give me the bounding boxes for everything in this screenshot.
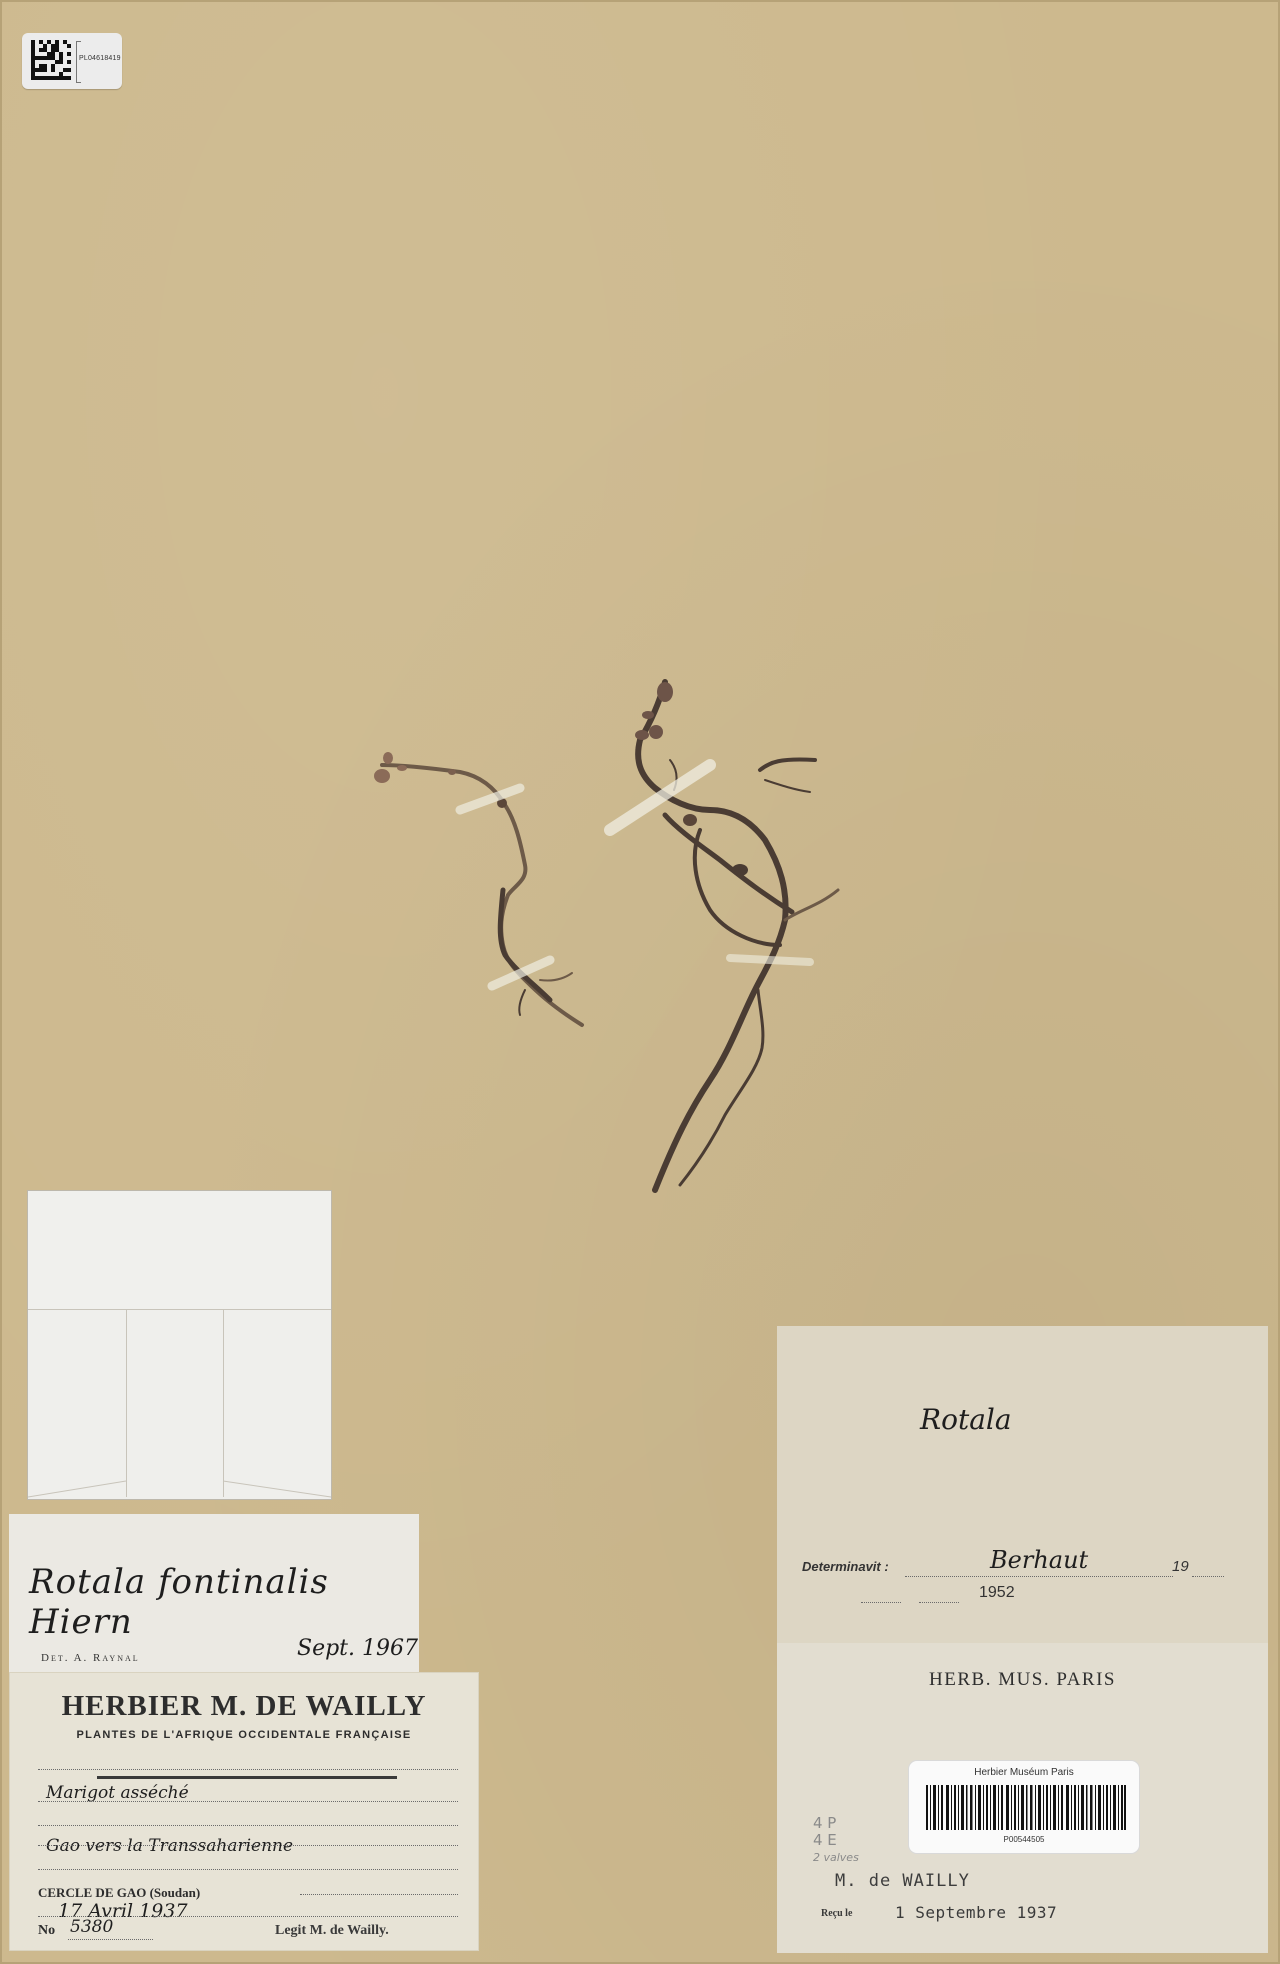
- envelope-icon: [28, 1471, 331, 1499]
- herbarium-title: HERBIER M. DE WAILLY: [10, 1690, 478, 1723]
- pressed-plant-icon: [360, 670, 860, 1270]
- pencil-note: 2 valves: [813, 1849, 859, 1866]
- qr-code-text: PL04618419: [79, 55, 121, 62]
- envelope-fold-right: [223, 1309, 224, 1497]
- herbarium-sheet: PL04618419: [0, 0, 1280, 1964]
- barcode-number: P00544505: [909, 1835, 1139, 1844]
- rule-line: [38, 1825, 458, 1826]
- determinavit-label: Determinavit :: [802, 1559, 889, 1574]
- qr-bracket: [76, 41, 81, 83]
- collector-name: Legit M. de Wailly.: [275, 1923, 389, 1939]
- received-label: Reçu le: [821, 1908, 852, 1919]
- determiner-name: Berhaut: [990, 1546, 1088, 1574]
- taxon-name: Rotala fontinalis Hiern: [29, 1562, 419, 1642]
- museum-label: HERB. MUS. PARIS Herbier Muséum Paris: [777, 1643, 1268, 1953]
- rule-line: [38, 1801, 458, 1802]
- rule-line: [905, 1576, 1173, 1577]
- rule-line: [300, 1894, 458, 1895]
- genus-label: Rotala Determinavit : Berhaut 19 1952: [777, 1326, 1268, 1644]
- received-date: 1 Septembre 1937: [895, 1903, 1057, 1922]
- number-label: No: [38, 1923, 55, 1939]
- determination-year: 1952: [979, 1584, 1015, 1602]
- barcode-icon: [926, 1785, 1126, 1830]
- pencil-note: 4 P: [813, 1815, 859, 1832]
- barcode-title: Herbier Muséum Paris: [909, 1767, 1139, 1778]
- determiner: Det. A. Raynal: [41, 1652, 140, 1664]
- collector-stamp: M. de WAILLY: [835, 1871, 970, 1891]
- rule-line: [38, 1845, 458, 1846]
- pencil-note: 4 E: [813, 1832, 859, 1849]
- determination-date: Sept. 1967: [297, 1636, 418, 1661]
- collector-label: HERBIER M. DE WAILLY PLANTES DE L'AFRIQU…: [10, 1673, 478, 1950]
- habitat: Marigot asséché: [46, 1783, 189, 1803]
- specimen-envelope[interactable]: [27, 1190, 332, 1500]
- pencil-notes: 4 P 4 E 2 valves: [813, 1815, 859, 1866]
- rule-line: [68, 1939, 153, 1940]
- rule-line: [861, 1602, 901, 1603]
- genus-name: Rotala: [920, 1403, 1012, 1436]
- collection-number: 5380: [70, 1917, 113, 1937]
- qr-label: PL04618419: [22, 33, 122, 89]
- determination-label: Rotala fontinalis Hiern Det. A. Raynal S…: [9, 1514, 419, 1674]
- rule-line: [38, 1769, 458, 1770]
- herbarium-subtitle: PLANTES DE L'AFRIQUE OCCIDENTALE FRANÇAI…: [10, 1729, 478, 1741]
- barcode-sticker: Herbier Muséum Paris: [909, 1761, 1139, 1853]
- museum-title: HERB. MUS. PARIS: [777, 1669, 1268, 1691]
- locality: Gao vers la Transsaharienne: [46, 1836, 293, 1856]
- qr-code-icon: [31, 40, 71, 80]
- envelope-flap: [28, 1191, 331, 1310]
- rule-line: [919, 1602, 959, 1603]
- rule-line: [1192, 1576, 1224, 1577]
- envelope-fold-left: [126, 1309, 127, 1497]
- rule-line: [38, 1869, 458, 1870]
- year-prefix: 19: [1172, 1558, 1189, 1575]
- rule-thick: [97, 1776, 397, 1779]
- district: CERCLE DE GAO (Soudan): [38, 1885, 200, 1901]
